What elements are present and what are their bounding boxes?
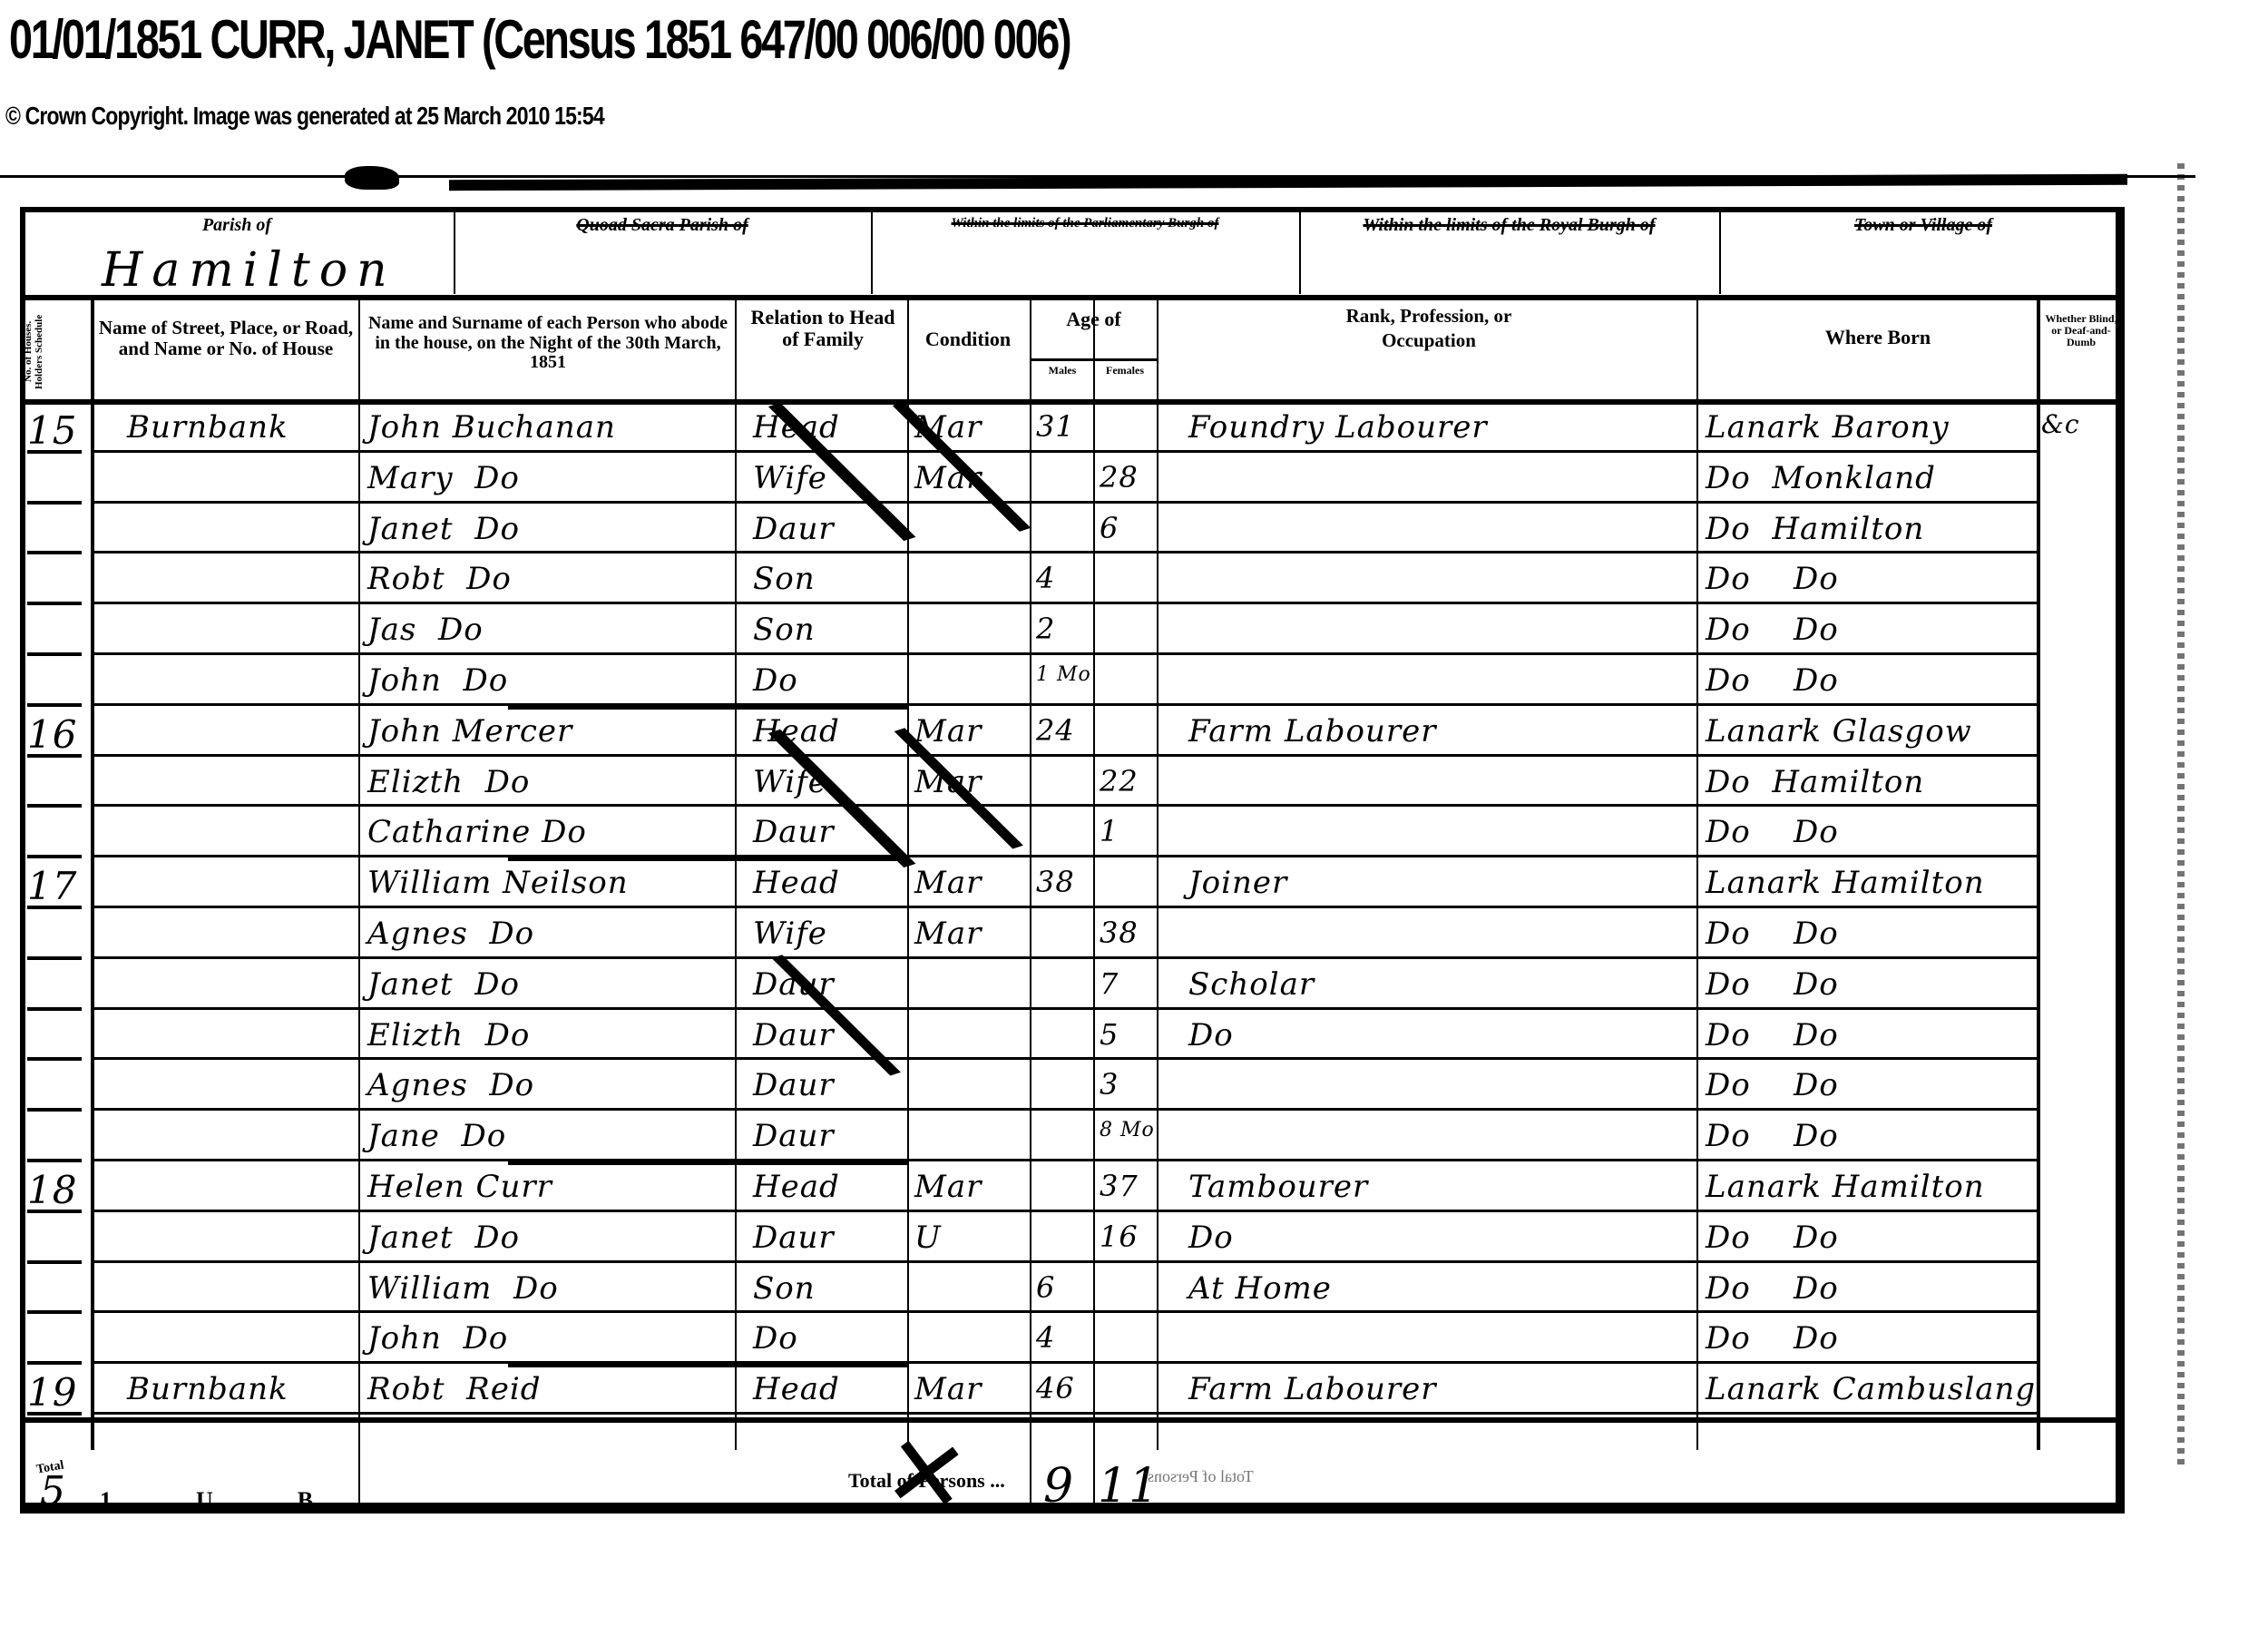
footer-mirrored-text: Total of Persons xyxy=(1148,1468,1254,1485)
row-male-age: 31 xyxy=(1036,412,1075,441)
row-male-age: 46 xyxy=(1036,1374,1075,1403)
row-occupation: Joiner xyxy=(1188,867,1287,898)
parish-box-divider xyxy=(454,211,455,294)
row-female-age: 38 xyxy=(1100,918,1139,947)
row-name: Mary Do xyxy=(367,463,520,494)
row-name: John Mercer xyxy=(367,716,572,747)
row-male-age: 6 xyxy=(1036,1273,1055,1302)
table-row: Janet DoDaur6Do Hamilton xyxy=(0,506,2268,557)
parish-box-divider xyxy=(871,211,873,294)
row-name: Elizth Do xyxy=(367,1020,530,1051)
row-occupation: Tambourer xyxy=(1188,1171,1368,1202)
parish-header-label: Within the limits of the Parliamentary B… xyxy=(871,216,1299,230)
row-relation: Do xyxy=(753,1323,798,1354)
row-name: Catharine Do xyxy=(367,817,587,847)
row-where-born: Do Do xyxy=(1706,1323,1839,1354)
parish-header-label: Within the limits of the Royal Burgh of xyxy=(1299,216,1719,236)
row-name: Janet Do xyxy=(367,514,520,544)
schedule-tick xyxy=(27,1361,82,1365)
schedule-tick xyxy=(27,1210,82,1213)
census-page: 01/01/1851 CURR, JANET (Census 1851 647/… xyxy=(0,0,2268,1636)
row-rule xyxy=(91,551,2037,553)
row-name: Helen Curr xyxy=(367,1171,552,1202)
table-row: Agnes DoDaur3Do Do xyxy=(0,1063,2268,1113)
household-separator xyxy=(508,1161,907,1165)
table-row: Jane DoDaur8 MoDo Do xyxy=(0,1113,2268,1164)
parish-box-divider xyxy=(1719,211,1721,294)
footer-cross-mark: ✕ xyxy=(878,1419,975,1530)
copyright-notice: © Crown Copyright. Image was generated a… xyxy=(5,102,604,131)
row-where-born: Do Monkland xyxy=(1706,463,1936,494)
row-where-born: Do Do xyxy=(1706,614,1839,645)
row-male-age: 1 Mo xyxy=(1036,665,1091,685)
schedule-tick xyxy=(27,804,82,808)
ink-blot xyxy=(345,166,399,190)
table-row: Agnes DoWifeMar38Do Do xyxy=(0,911,2268,962)
table-row: Mary DoWifeMar28Do Monkland xyxy=(0,456,2268,506)
row-male-age: 4 xyxy=(1036,563,1055,593)
row-schedule: 17 xyxy=(27,867,77,906)
row-female-age: 3 xyxy=(1100,1070,1119,1099)
row-street: Burnbank xyxy=(127,1374,288,1405)
row-female-age: 37 xyxy=(1100,1171,1139,1200)
table-row: 18Helen CurrHeadMar37TambourerLanark Ham… xyxy=(0,1164,2268,1215)
row-where-born: Lanark Hamilton xyxy=(1706,867,1985,898)
age-subheader-rule xyxy=(1030,358,1157,361)
row-female-age: 5 xyxy=(1100,1020,1119,1049)
row-rule xyxy=(91,1260,2037,1263)
schedule-tick xyxy=(27,1108,82,1112)
schedule-tick xyxy=(27,501,82,505)
row-female-age: 7 xyxy=(1100,969,1119,998)
row-male-age: 38 xyxy=(1036,867,1075,896)
row-female-age: 16 xyxy=(1100,1222,1139,1251)
row-relation: Son xyxy=(753,563,816,594)
schedule-tick xyxy=(27,450,82,454)
schedule-tick xyxy=(27,1057,82,1061)
table-row: Janet DoDaur7ScholarDo Do xyxy=(0,962,2268,1013)
row-rule xyxy=(91,804,2037,807)
col-header-occupation: Rank, Profession, or Occupation xyxy=(1343,304,1515,354)
table-row: Robt DoSon4Do Do xyxy=(0,556,2268,607)
row-name: Jas Do xyxy=(367,614,484,645)
row-female-age: 6 xyxy=(1100,514,1119,543)
table-row: John DoDo4Do Do xyxy=(0,1316,2268,1367)
row-schedule: 15 xyxy=(27,412,77,450)
row-relation: Head xyxy=(753,1374,840,1405)
footer-total-houses: 5 xyxy=(40,1472,66,1512)
row-where-born: Do Do xyxy=(1706,1273,1839,1304)
row-where-born: Do Do xyxy=(1706,1070,1839,1101)
table-row: John DoDo1 MoDo Do xyxy=(0,658,2268,709)
row-name: William Neilson xyxy=(367,867,629,898)
row-where-born: Do Do xyxy=(1706,817,1839,847)
table-row: Catharine DoDaur1Do Do xyxy=(0,809,2268,860)
row-rule xyxy=(91,1310,2037,1313)
row-occupation: Farm Labourer xyxy=(1188,1374,1436,1405)
row-condition: Mar xyxy=(914,1171,982,1202)
parish-header-label: Town or Village of xyxy=(1719,216,2127,236)
row-rule xyxy=(91,602,2037,604)
row-occupation: Farm Labourer xyxy=(1188,716,1436,747)
col-header-females: Females xyxy=(1094,365,1156,377)
table-row: Elizth DoWifeMar22Do Hamilton xyxy=(0,759,2268,810)
row-rule xyxy=(91,1057,2037,1060)
row-where-born: Lanark Barony xyxy=(1706,412,1950,443)
row-name: Janet Do xyxy=(367,969,520,1000)
row-condition: Mar xyxy=(914,867,982,898)
table-row: 15BurnbankJohn BuchananHeadMar31Foundry … xyxy=(0,405,2268,456)
row-rule xyxy=(91,1159,2037,1161)
footer-total-males: 9 xyxy=(1043,1463,1074,1510)
row-where-born: Lanark Glasgow xyxy=(1706,716,1972,747)
row-name: Jane Do xyxy=(367,1121,506,1151)
row-schedule: 16 xyxy=(27,716,77,754)
row-relation: Head xyxy=(753,1171,840,1202)
row-where-born: Do Do xyxy=(1706,1121,1839,1151)
row-condition: U xyxy=(914,1222,942,1253)
row-female-age: 28 xyxy=(1100,463,1139,492)
row-name: Agnes Do xyxy=(367,918,534,949)
schedule-tick xyxy=(27,703,82,707)
schedule-tick xyxy=(27,602,82,605)
schedule-tick xyxy=(27,652,82,656)
row-name: John Do xyxy=(367,665,508,696)
row-female-age: 1 xyxy=(1100,817,1119,846)
row-rule xyxy=(91,956,2037,959)
row-condition: Mar xyxy=(914,918,982,949)
row-blind: &c xyxy=(2041,412,2080,437)
schedule-tick xyxy=(27,551,82,554)
row-rule xyxy=(91,450,2037,453)
row-name: John Do xyxy=(367,1323,508,1354)
row-where-born: Do Do xyxy=(1706,563,1839,594)
row-where-born: Do Do xyxy=(1706,918,1839,949)
schedule-tick xyxy=(27,1159,82,1162)
row-name: Robt Do xyxy=(367,563,512,594)
row-where-born: Lanark Cambuslang xyxy=(1706,1374,2036,1405)
row-rule xyxy=(91,652,2037,655)
row-name: Janet Do xyxy=(367,1222,520,1253)
parish-name-value: Hamilton xyxy=(102,247,396,294)
schedule-tick xyxy=(27,1412,82,1416)
row-occupation: Foundry Labourer xyxy=(1188,412,1488,443)
row-schedule: 18 xyxy=(27,1171,77,1210)
totals-top-rule xyxy=(20,1417,2125,1423)
row-where-born: Do Do xyxy=(1706,969,1839,1000)
footer-houses-status: 1 U B xyxy=(100,1488,313,1514)
col-header-blind: Whether Blind, or Deaf-and-Dumb xyxy=(2041,313,2121,348)
col-header-relation: Relation to Head of Family xyxy=(746,307,900,350)
row-rule xyxy=(91,855,2037,857)
table-row: William DoSon6At HomeDo Do xyxy=(0,1266,2268,1317)
row-male-age: 2 xyxy=(1036,614,1055,643)
row-relation: Daur xyxy=(753,1121,835,1151)
row-rule xyxy=(91,1007,2037,1010)
table-row: 19BurnbankRobt ReidHeadMar46Farm Laboure… xyxy=(0,1367,2268,1417)
row-relation: Daur xyxy=(753,1222,835,1253)
schedule-tick xyxy=(27,754,82,758)
row-male-age: 24 xyxy=(1036,716,1075,745)
row-condition: Mar xyxy=(914,1374,982,1405)
parish-box-divider xyxy=(1299,211,1301,294)
row-rule xyxy=(91,1108,2037,1111)
row-where-born: Do Hamilton xyxy=(1706,767,1924,798)
col-header-where-born: Where Born xyxy=(1724,327,2032,348)
household-separator xyxy=(508,1363,907,1367)
schedule-tick xyxy=(27,906,82,909)
schedule-tick xyxy=(27,1260,82,1264)
row-rule xyxy=(91,1412,2037,1415)
row-relation: Son xyxy=(753,1273,816,1304)
row-rule xyxy=(91,501,2037,504)
row-name: Agnes Do xyxy=(367,1070,534,1101)
row-rule xyxy=(91,1210,2037,1212)
row-where-born: Do Do xyxy=(1706,1222,1839,1253)
row-relation: Do xyxy=(753,665,798,696)
row-male-age: 4 xyxy=(1036,1323,1055,1352)
row-name: John Buchanan xyxy=(367,412,616,443)
row-occupation: Scholar xyxy=(1188,969,1315,1000)
row-schedule: 19 xyxy=(27,1374,77,1412)
row-name: Elizth Do xyxy=(367,767,530,798)
col-header-name: Name and Surname of each Person who abod… xyxy=(361,314,735,373)
row-female-age: 22 xyxy=(1100,767,1139,796)
row-name: Robt Reid xyxy=(367,1374,541,1405)
row-rule xyxy=(91,1361,2037,1364)
parish-row-bottom-rule xyxy=(20,295,2125,300)
row-relation: Son xyxy=(753,614,816,645)
schedule-tick xyxy=(27,1310,82,1314)
parish-header-label: Parish of xyxy=(20,216,454,236)
table-row: Janet DoDaurU16DoDo Do xyxy=(0,1215,2268,1266)
row-street: Burnbank xyxy=(127,412,288,443)
row-occupation: Do xyxy=(1188,1020,1234,1051)
row-where-born: Lanark Hamilton xyxy=(1706,1171,1985,1202)
schedule-tick xyxy=(27,1007,82,1011)
schedule-tick xyxy=(27,956,82,960)
col-header-street: Name of Street, Place, or Road, and Name… xyxy=(94,318,357,358)
row-rule xyxy=(91,754,2037,757)
row-occupation: Do xyxy=(1188,1222,1234,1253)
col-header-houses: No. of Houses. Holders Schedule xyxy=(24,309,87,395)
row-where-born: Do Do xyxy=(1706,665,1839,696)
table-row: 17William NeilsonHeadMar38JoinerLanark H… xyxy=(0,860,2268,911)
row-rule xyxy=(91,703,2037,706)
row-rule xyxy=(91,906,2037,908)
row-female-age: 8 Mo xyxy=(1100,1121,1155,1141)
parish-header-label: Quoad Sacra Parish of xyxy=(454,216,871,236)
table-row: Jas DoSon2Do Do xyxy=(0,607,2268,658)
table-row: 16John MercerHeadMar24Farm LabourerLanar… xyxy=(0,709,2268,759)
table-row: Elizth DoDaur5DoDo Do xyxy=(0,1013,2268,1063)
page-title: 01/01/1851 CURR, JANET (Census 1851 647/… xyxy=(9,7,1070,73)
row-occupation: At Home xyxy=(1188,1273,1332,1304)
row-where-born: Do Do xyxy=(1706,1020,1839,1051)
row-where-born: Do Hamilton xyxy=(1706,514,1924,544)
row-name: William Do xyxy=(367,1273,559,1304)
schedule-tick xyxy=(27,855,82,858)
col-header-condition: Condition xyxy=(909,328,1027,350)
col-header-males: Males xyxy=(1032,365,1092,377)
